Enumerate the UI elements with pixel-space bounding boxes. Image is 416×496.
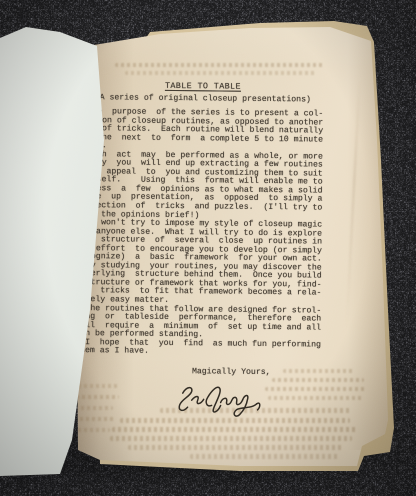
book-photo-scene: TABLE TO TABLE (A series of original clo… bbox=[0, 0, 416, 496]
film-grain-overlay bbox=[0, 0, 416, 496]
